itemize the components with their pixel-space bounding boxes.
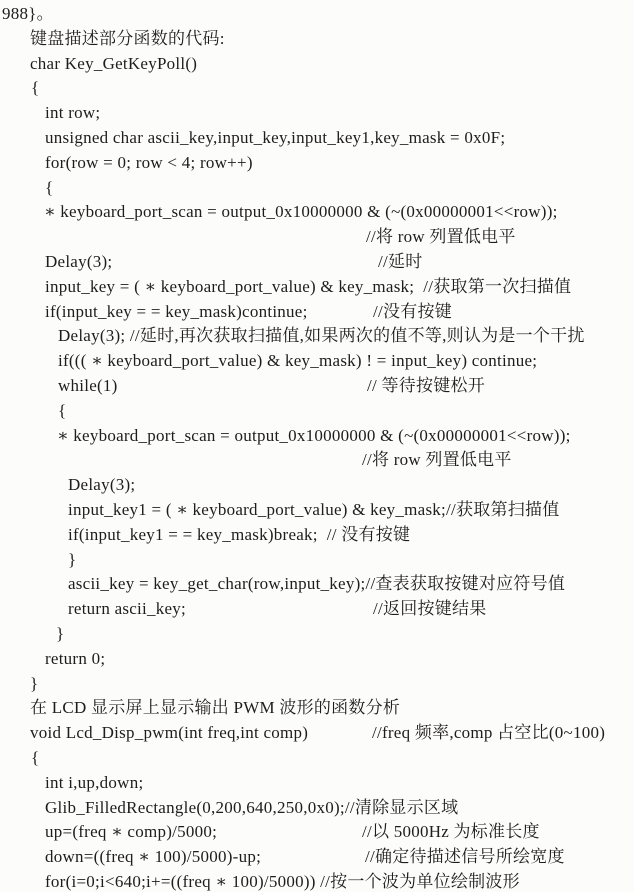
code-line: Delay(3); (0, 473, 634, 498)
code-line: return ascii_key;//返回按键结果 (0, 597, 634, 622)
code-text: while(1) (58, 374, 118, 399)
code-line: ascii_key = key_get_char(row,input_key);… (0, 572, 634, 597)
code-text: ascii_key = key_get_char(row,input_key); (68, 572, 365, 597)
code-line: 键盘描述部分函数的代码: (0, 27, 634, 52)
code-text: return ascii_key; (68, 597, 186, 622)
comment-line: //将 row 列置低电平 (0, 225, 634, 250)
code-text: { (58, 399, 66, 424)
comment-text: //延时,再次获取扫描值,如果两次的值不等,则认为是一个干扰 (125, 326, 584, 345)
code-text: char Key_GetKeyPoll() (30, 52, 197, 77)
code-line: return 0; (0, 647, 634, 672)
code-text: Delay(3); (58, 324, 125, 349)
code-text: input_key1 = ( ∗ keyboard_port_value) & … (68, 498, 446, 523)
code-text: if(input_key1 = = key_mask)break; (68, 523, 318, 548)
comment-text: //将 row 列置低电平 (362, 448, 512, 473)
code-text: down=((freq ∗ 100)/5000)-up; (45, 845, 261, 870)
code-text: ∗ keyboard_port_scan = output_0x10000000… (57, 424, 571, 449)
code-line: while(1)// 等待按键松开 (0, 374, 634, 399)
code-text: } (68, 548, 76, 573)
code-text: int i,up,down; (45, 771, 143, 796)
code-line: unsigned char ascii_key,input_key,input_… (0, 126, 634, 151)
code-text: up=(freq ∗ comp)/5000; (45, 820, 217, 845)
code-text: { (31, 746, 39, 771)
code-text: 在 LCD 显示屏上显示输出 PWM 波形的函数分析 (30, 696, 400, 721)
code-text: unsigned char ascii_key,input_key,input_… (45, 126, 505, 151)
comment-text: //freq 频率,comp 占空比(0~100) (372, 721, 605, 746)
comment-text: //确定待描述信号所绘宽度 (365, 845, 565, 870)
code-text: ∗ keyboard_port_scan = output_0x10000000… (44, 200, 558, 225)
code-text: Delay(3); (68, 473, 135, 498)
code-line: 988}。 (0, 2, 634, 27)
code-line: for(row = 0; row < 4; row++) (0, 151, 634, 176)
code-line: int row; (0, 101, 634, 126)
code-line: ∗ keyboard_port_scan = output_0x10000000… (0, 200, 634, 225)
code-text: { (45, 176, 53, 201)
code-line: input_key = ( ∗ keyboard_port_value) & k… (0, 275, 634, 300)
code-line: Delay(3); //延时,再次获取扫描值,如果两次的值不等,则认为是一个干扰 (0, 324, 634, 349)
code-text: if((( ∗ keyboard_port_value) & key_mask)… (58, 349, 537, 374)
code-line: if((( ∗ keyboard_port_value) & key_mask)… (0, 349, 634, 374)
code-line: } (0, 622, 634, 647)
comment-text: //将 row 列置低电平 (366, 225, 516, 250)
code-line: if(input_key = = key_mask)continue;//没有按… (0, 300, 634, 325)
code-text: Delay(3); (45, 250, 112, 275)
code-line: ∗ keyboard_port_scan = output_0x10000000… (0, 424, 634, 449)
code-line: { (0, 399, 634, 424)
code-text: input_key = ( ∗ keyboard_port_value) & k… (45, 275, 414, 300)
code-lines: 988}。键盘描述部分函数的代码:char Key_GetKeyPoll(){i… (0, 2, 634, 892)
code-line: char Key_GetKeyPoll() (0, 52, 634, 77)
code-text: } (56, 622, 64, 647)
code-line: Glib_FilledRectangle(0,200,640,250,0x0);… (0, 796, 634, 821)
code-line: input_key1 = ( ∗ keyboard_port_value) & … (0, 498, 634, 523)
code-text: if(input_key = = key_mask)continue; (45, 300, 308, 325)
code-line: { (0, 746, 634, 771)
comment-text: //按一个波为单位绘制波形 (316, 872, 520, 891)
comment-text: //以 5000Hz 为标准长度 (362, 820, 540, 845)
code-line: down=((freq ∗ 100)/5000)-up;//确定待描述信号所绘宽… (0, 845, 634, 870)
code-line: { (0, 76, 634, 101)
scanned-code-page: 988}。键盘描述部分函数的代码:char Key_GetKeyPoll(){i… (0, 0, 634, 892)
comment-text: //延时 (378, 250, 422, 275)
code-text: return 0; (45, 647, 105, 672)
code-line: Delay(3);//延时 (0, 250, 634, 275)
code-text: } (30, 672, 38, 697)
comment-text: //获取第一次扫描值 (414, 277, 571, 296)
code-line: int i,up,down; (0, 771, 634, 796)
code-text: Glib_FilledRectangle(0,200,640,250,0x0); (45, 796, 345, 821)
code-line: 在 LCD 显示屏上显示输出 PWM 波形的函数分析 (0, 696, 634, 721)
code-line: void Lcd_Disp_pwm(int freq,int comp)//fr… (0, 721, 634, 746)
comment-text: // 没有按键 (318, 525, 410, 544)
code-line: if(input_key1 = = key_mask)break; // 没有按… (0, 523, 634, 548)
code-text: 键盘描述部分函数的代码: (30, 27, 225, 52)
code-text: int row; (45, 101, 100, 126)
code-line: { (0, 176, 634, 201)
comment-text: //获取第扫描值 (446, 500, 559, 519)
comment-text: //清除显示区域 (345, 798, 458, 817)
comment-text: //没有按键 (373, 300, 452, 325)
comment-text: // 等待按键松开 (367, 374, 485, 399)
code-line: } (0, 548, 634, 573)
comment-text: //查表获取按键对应符号值 (365, 574, 565, 593)
code-text: for(i=0;i<640;i+=((freq ∗ 100)/5000)) (45, 870, 316, 892)
code-line: up=(freq ∗ comp)/5000;//以 5000Hz 为标准长度 (0, 820, 634, 845)
code-text: for(row = 0; row < 4; row++) (45, 151, 253, 176)
comment-text: //返回按键结果 (373, 597, 486, 622)
code-text: { (31, 76, 39, 101)
code-text: 988}。 (2, 2, 54, 27)
code-line: for(i=0;i<640;i+=((freq ∗ 100)/5000)) //… (0, 870, 634, 892)
code-text: void Lcd_Disp_pwm(int freq,int comp) (30, 721, 308, 746)
comment-line: //将 row 列置低电平 (0, 448, 634, 473)
code-line: } (0, 672, 634, 697)
